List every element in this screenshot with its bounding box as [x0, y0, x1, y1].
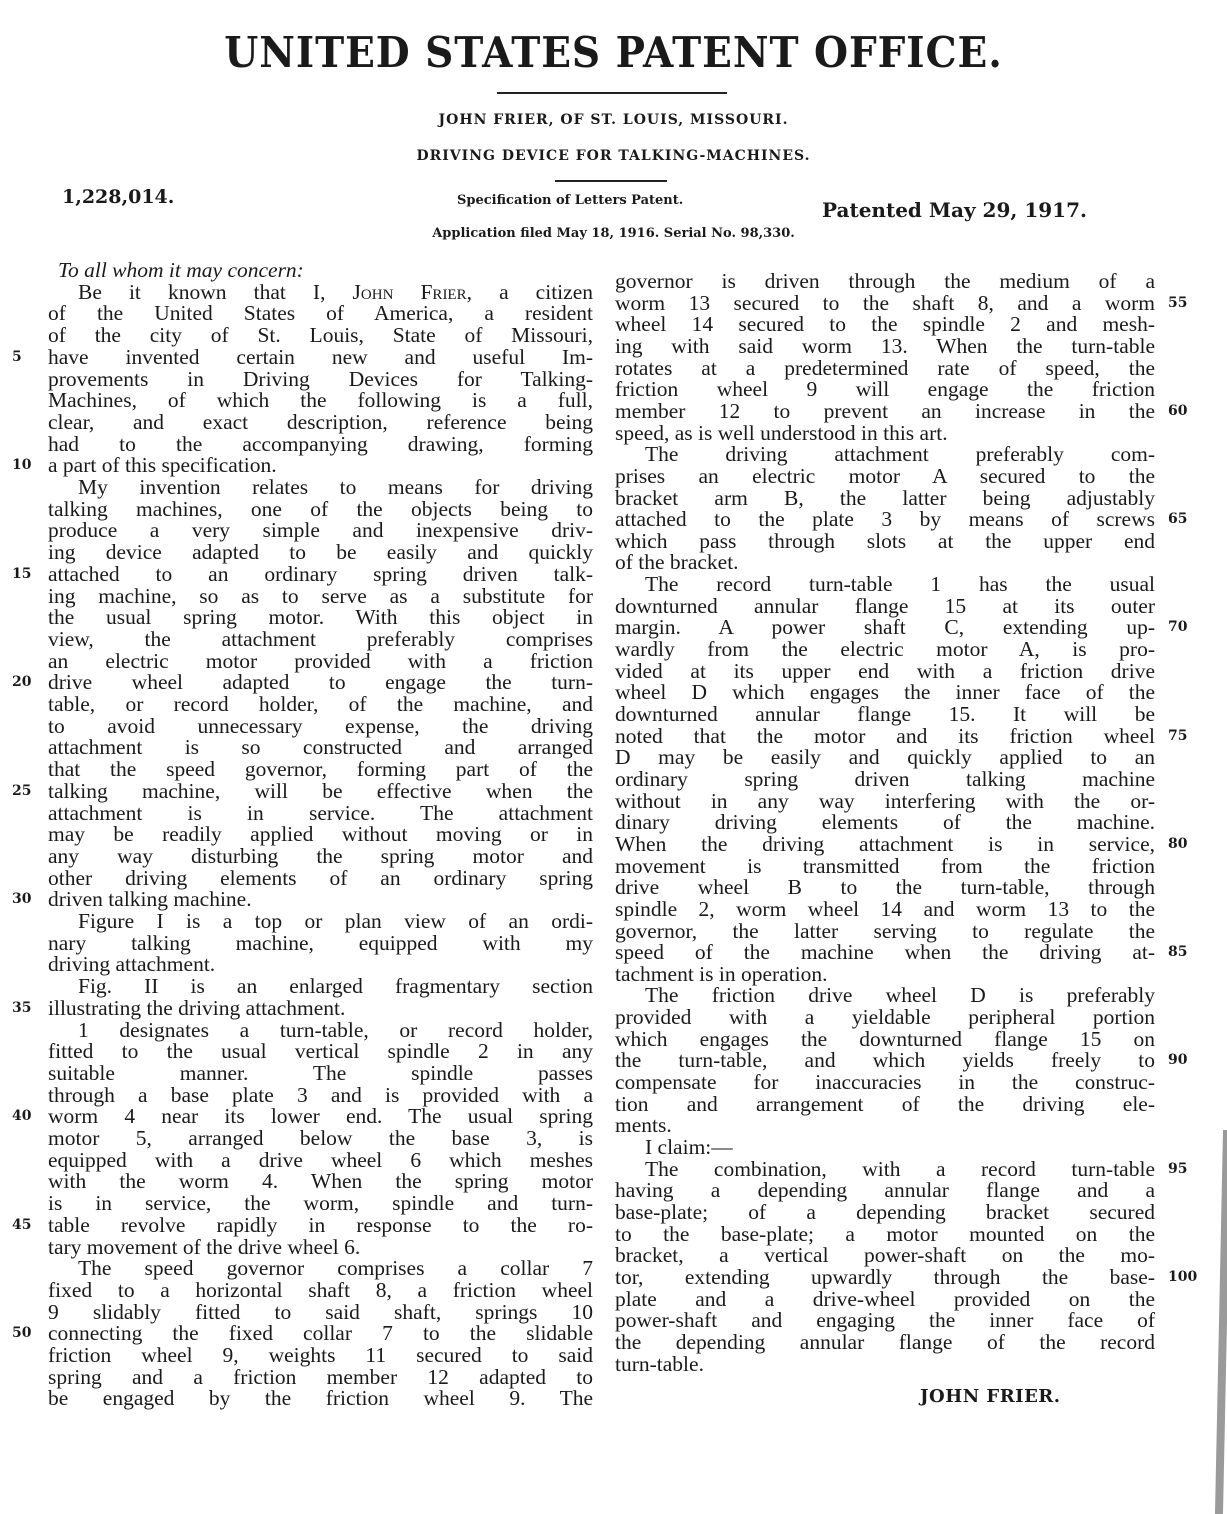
- line-number: 90: [1168, 1052, 1187, 1068]
- text-line: downturned annular flange 15 at its oute…: [615, 595, 1155, 617]
- text-line: vided at its upper end with a friction d…: [615, 660, 1155, 682]
- patent-page: UNITED STATES PATENT OFFICE. JOHN FRIER,…: [0, 0, 1227, 1514]
- text-line: movement is transmitted from the frictio…: [615, 855, 1155, 877]
- signature: JOHN FRIER.: [920, 1386, 1061, 1407]
- text-line: plate and a drive-wheel provided on the: [615, 1288, 1155, 1310]
- text-line: The record turn-table 1 has the usual: [615, 573, 1155, 595]
- text-line: provided with a yieldable peripheral por…: [615, 1006, 1155, 1028]
- text-line: attached to the plate 3 by means of scre…: [615, 508, 1155, 530]
- text-line: member 12 to prevent an increase in the: [615, 400, 1155, 422]
- text-line: which engages the downturned flange 15 o…: [615, 1028, 1155, 1050]
- text-line: wardly from the electric motor A, is pro…: [615, 638, 1155, 660]
- text-line: The friction drive wheel D is preferably: [615, 984, 1155, 1006]
- line-number: 60: [1168, 403, 1187, 419]
- line-number: 100: [1168, 1269, 1197, 1285]
- text-line: turn-table.: [615, 1353, 1155, 1375]
- text-line: margin. A power shaft C, extending up-: [615, 616, 1155, 638]
- text-line: to the base-plate; a motor mounted on th…: [615, 1223, 1155, 1245]
- text-line: friction wheel 9 will engage the frictio…: [615, 378, 1155, 400]
- text-line: which pass through slots at the upper en…: [615, 530, 1155, 552]
- text-line: bracket, a vertical power-shaft on the m…: [615, 1244, 1155, 1266]
- text-line: worm 13 secured to the shaft 8, and a wo…: [615, 292, 1155, 314]
- text-line: tion and arrangement of the driving ele-: [615, 1093, 1155, 1115]
- text-line: wheel 14 secured to the spindle 2 and me…: [615, 313, 1155, 335]
- text-line: governor is driven through the medium of…: [615, 270, 1155, 292]
- text-line: ing with said worm 13. When the turn-tab…: [615, 335, 1155, 357]
- text-line: D may be easily and quickly applied to a…: [615, 746, 1155, 768]
- text-line: wheel D which engages the inner face of …: [615, 681, 1155, 703]
- text-line: tor, extending upwardly through the base…: [615, 1266, 1155, 1288]
- text-line: The driving attachment preferably com-: [615, 443, 1155, 465]
- text-line: base-plate; of a depending bracket secur…: [615, 1201, 1155, 1223]
- text-line: speed, as is well understood in this art…: [615, 422, 1155, 444]
- text-line: I claim:—: [615, 1136, 1155, 1158]
- text-line: compensate for inaccuracies in the const…: [615, 1071, 1155, 1093]
- right-column: governor is driven through the medium of…: [0, 0, 1227, 1514]
- text-line: downturned annular flange 15. It will be: [615, 703, 1155, 725]
- text-line: When the driving attachment is in servic…: [615, 833, 1155, 855]
- text-line: ordinary spring driven talking machine: [615, 768, 1155, 790]
- text-line: speed of the machine when the driving at…: [615, 941, 1155, 963]
- line-number: 75: [1168, 728, 1187, 744]
- text-line: prises an electric motor A secured to th…: [615, 465, 1155, 487]
- text-line: the turn-table, and which yields freely …: [615, 1049, 1155, 1071]
- text-line: having a depending annular flange and a: [615, 1179, 1155, 1201]
- text-line: the depending annular flange of the reco…: [615, 1331, 1155, 1353]
- text-line: drive wheel B to the turn-table, through: [615, 876, 1155, 898]
- line-number: 80: [1168, 836, 1187, 852]
- text-line: without in any way interfering with the …: [615, 790, 1155, 812]
- line-number: 95: [1168, 1161, 1187, 1177]
- text-line: The combination, with a record turn-tabl…: [615, 1158, 1155, 1180]
- text-line: governor, the latter serving to regulate…: [615, 920, 1155, 942]
- text-line: spindle 2, worm wheel 14 and worm 13 to …: [615, 898, 1155, 920]
- line-number: 70: [1168, 619, 1187, 635]
- text-line: rotates at a predetermined rate of speed…: [615, 357, 1155, 379]
- line-number: 65: [1168, 511, 1187, 527]
- text-line: bracket arm B, the latter being adjustab…: [615, 487, 1155, 509]
- text-line: power-shaft and engaging the inner face …: [615, 1309, 1155, 1331]
- text-line: of the bracket.: [615, 551, 1155, 573]
- text-line: ments.: [615, 1114, 1155, 1136]
- text-line: tachment is in operation.: [615, 963, 1155, 985]
- line-number: 85: [1168, 944, 1187, 960]
- text-line: noted that the motor and its friction wh…: [615, 725, 1155, 747]
- line-number: 55: [1168, 295, 1187, 311]
- text-line: dinary driving elements of the machine.: [615, 811, 1155, 833]
